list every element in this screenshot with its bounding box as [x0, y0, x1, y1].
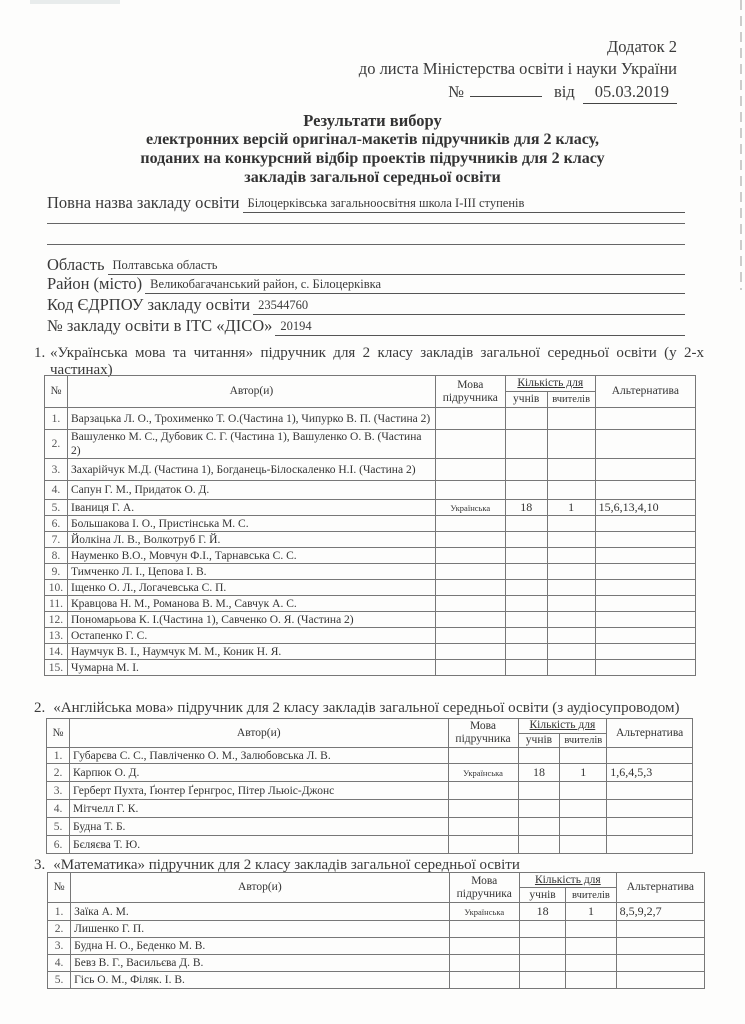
row-alternative [607, 836, 693, 854]
institution-name-value: Білоцерківська загальноосвітня школа І-І… [243, 196, 685, 213]
row-number: 12. [45, 612, 68, 628]
row-teachers [547, 660, 595, 676]
row-students [505, 430, 547, 459]
row-alternative [595, 430, 695, 459]
row-number: 3. [48, 938, 71, 955]
row-teachers [560, 818, 607, 836]
row-alternative [595, 596, 695, 612]
row-number: 3. [45, 459, 68, 481]
row-number: 3. [47, 782, 70, 800]
row-language: Українська [448, 764, 518, 782]
row-authors: Чумарна М. І. [67, 660, 435, 676]
header-authors: Автор(и) [67, 376, 435, 408]
row-students [505, 660, 547, 676]
table-row: 4.Сапун Г. М., Придаток О. Д. [45, 481, 696, 500]
row-language [449, 955, 519, 972]
header-quantity: Кількість для [518, 719, 607, 734]
row-students [518, 836, 560, 854]
row-students: 18 [519, 903, 565, 921]
row-number: 1. [48, 903, 71, 921]
row-language [449, 938, 519, 955]
header-alternative: Альтернатива [595, 376, 695, 408]
district-value: Великобагачанський район, с. Білоцерківк… [145, 277, 685, 294]
header-alternative: Альтернатива [616, 873, 704, 903]
row-authors: Науменко В.О., Мовчун Ф.І., Тарнавська С… [67, 548, 435, 564]
header-language: Мова підручника [448, 719, 518, 748]
row-number: 1. [47, 748, 70, 764]
row-number: 8. [45, 548, 68, 564]
section-number: 1. [34, 345, 45, 362]
row-students [505, 548, 547, 564]
row-teachers [566, 921, 616, 938]
row-alternative [595, 481, 695, 500]
row-language [435, 596, 505, 612]
row-teachers [547, 408, 595, 430]
row-students [505, 481, 547, 500]
row-number: 7. [45, 532, 68, 548]
row-language [448, 782, 518, 800]
row-students [518, 782, 560, 800]
row-teachers [566, 938, 616, 955]
row-students: 18 [518, 764, 560, 782]
diso-label: № закладу освіти в ІТС «ДІСО» [47, 316, 272, 336]
row-alternative [607, 800, 693, 818]
table-row: 6.Бєляєва Т. Ю. [47, 836, 693, 854]
row-number: 11. [45, 596, 68, 612]
row-language [448, 800, 518, 818]
row-alternative [616, 938, 704, 955]
row-alternative [595, 628, 695, 644]
row-teachers [547, 628, 595, 644]
table-row: 5.Будна Т. Б. [47, 818, 693, 836]
district-label: Район (місто) [47, 274, 142, 294]
row-alternative [595, 564, 695, 580]
row-teachers [566, 955, 616, 972]
table-row: 4.Бевз В. Г., Васильєва Д. В. [48, 955, 705, 972]
row-teachers [547, 644, 595, 660]
row-language [435, 430, 505, 459]
row-number: 6. [45, 516, 68, 532]
table-row: 3.Захарійчук М.Д. (Частина 1), Богданець… [45, 459, 696, 481]
table-row: 4.Мітчелл Г. К. [47, 800, 693, 818]
section-title-text: «Математика» підручник для 2 класу закла… [53, 857, 520, 873]
row-number: 4. [47, 800, 70, 818]
row-teachers [547, 459, 595, 481]
row-number: 9. [45, 564, 68, 580]
header-students: учнів [518, 733, 560, 748]
row-number: 6. [47, 836, 70, 854]
row-teachers [560, 836, 607, 854]
row-alternative: 8,5,9,2,7 [616, 903, 704, 921]
row-authors: Остапенко Г. С. [67, 628, 435, 644]
date-label: від [554, 82, 575, 101]
row-authors: Карпюк О. Д. [70, 764, 449, 782]
row-language [435, 532, 505, 548]
row-students: 18 [505, 500, 547, 516]
table-row: 10.Іщенко О. Л., Логачевська С. П. [45, 580, 696, 596]
row-teachers [560, 748, 607, 764]
row-language [448, 836, 518, 854]
row-number: 4. [48, 955, 71, 972]
row-alternative [607, 782, 693, 800]
row-students [505, 596, 547, 612]
section-1-table: №Автор(и)Мова підручникаКількість дляАль… [44, 375, 696, 676]
table-row: 7.Йолкіна Л. В., Волкотруб Г. Й. [45, 532, 696, 548]
region-value: Полтавська область [108, 258, 685, 275]
number-date-line: №від05.03.2019 [359, 80, 677, 104]
header-alternative: Альтернатива [607, 719, 693, 748]
row-language [435, 628, 505, 644]
title-line-4: закладів загальної середньої освіти [0, 168, 745, 187]
header-students: учнів [505, 392, 547, 408]
table-row: 9.Тимченко Л. І., Цепова І. В. [45, 564, 696, 580]
row-authors: Губарєва С. С., Павліченко О. М., Залюбо… [70, 748, 449, 764]
row-teachers [547, 548, 595, 564]
header-number: № [48, 873, 71, 903]
table-row: 1.Варзацька Л. О., Трохименко Т. О.(Част… [45, 408, 696, 430]
date-value: 05.03.2019 [583, 81, 677, 104]
row-alternative [595, 408, 695, 430]
section-1-title: 1.«Українська мова та читання» підручник… [34, 345, 704, 379]
row-language [435, 459, 505, 481]
row-authors: Бевз В. Г., Васильєва Д. В. [71, 955, 449, 972]
row-language: Українська [435, 500, 505, 516]
row-teachers [547, 481, 595, 500]
header-language: Мова підручника [449, 873, 519, 903]
row-alternative: 1,6,4,5,3 [607, 764, 693, 782]
row-authors: Тимченко Л. І., Цепова І. В. [67, 564, 435, 580]
table-row: 3.Будна Н. О., Беденко М. В. [48, 938, 705, 955]
row-students [518, 748, 560, 764]
region-label: Область [47, 255, 105, 275]
row-number: 14. [45, 644, 68, 660]
row-authors: Сапун Г. М., Придаток О. Д. [67, 481, 435, 500]
row-students [505, 564, 547, 580]
edrpou-label: Код ЄДРПОУ закладу освіти [47, 295, 250, 315]
table-row: 1.Губарєва С. С., Павліченко О. М., Залю… [47, 748, 693, 764]
row-language [449, 972, 519, 989]
row-students [505, 408, 547, 430]
row-teachers [547, 564, 595, 580]
scan-smudge [30, 0, 120, 4]
row-number: 2. [45, 430, 68, 459]
row-alternative [607, 818, 693, 836]
row-language [449, 921, 519, 938]
row-number: 4. [45, 481, 68, 500]
row-alternative [616, 921, 704, 938]
row-students [505, 532, 547, 548]
row-alternative [595, 660, 695, 676]
row-authors: Вашуленко М. С., Дубовик С. Г. (Частина … [67, 430, 435, 459]
row-authors: Пономарьова К. І.(Частина 1), Савченко О… [67, 612, 435, 628]
document-header: Додаток 2 до листа Міністерства освіти і… [359, 36, 677, 104]
section-number: 2. [34, 700, 45, 716]
table-row: 14.Наумчук В. І., Наумчук М. М., Коник Н… [45, 644, 696, 660]
row-language [435, 516, 505, 532]
section-2-title: 2.«Англійська мова» підручник для 2 клас… [34, 700, 724, 717]
header-number: № [47, 719, 70, 748]
row-authors: Наумчук В. І., Наумчук М. М., Коник Н. Я… [67, 644, 435, 660]
row-teachers [560, 782, 607, 800]
row-alternative [595, 644, 695, 660]
header-quantity: Кількість для [519, 873, 616, 888]
table-row: 8.Науменко В.О., Мовчун Ф.І., Тарнавська… [45, 548, 696, 564]
row-language [448, 818, 518, 836]
row-language [435, 564, 505, 580]
row-authors: Мітчелл Г. К. [70, 800, 449, 818]
edrpou-value: 23544760 [253, 298, 685, 315]
row-teachers [547, 596, 595, 612]
row-alternative [616, 972, 704, 989]
table-row: 15.Чумарна М. І. [45, 660, 696, 676]
row-authors: Большакова І. О., Пристінська М. С. [67, 516, 435, 532]
row-teachers: 1 [566, 903, 616, 921]
row-number: 13. [45, 628, 68, 644]
header-teachers: вчителів [547, 392, 595, 408]
appendix-label: Додаток 2 [359, 36, 677, 58]
row-alternative [595, 516, 695, 532]
row-students [505, 516, 547, 532]
row-alternative [616, 955, 704, 972]
row-language [435, 580, 505, 596]
row-students [505, 628, 547, 644]
row-language [448, 748, 518, 764]
document-title: Результати вибору електронних версій ори… [0, 111, 745, 187]
row-students [505, 580, 547, 596]
row-number: 5. [48, 972, 71, 989]
row-teachers [566, 972, 616, 989]
row-language [435, 408, 505, 430]
row-authors: Будна Н. О., Беденко М. В. [71, 938, 449, 955]
institution-name-field: Повна назва закладу освіти Білоцерківськ… [47, 193, 685, 213]
row-students [505, 644, 547, 660]
row-students [519, 921, 565, 938]
edrpou-field: Код ЄДРПОУ закладу освіти 23544760 [47, 295, 685, 315]
number-label: № [448, 82, 464, 101]
table-row: 3.Герберт Пухта, Ґюнтер Ґернгрос, Пітер … [47, 782, 693, 800]
row-teachers [547, 580, 595, 596]
row-language: Українська [449, 903, 519, 921]
section-2-table: №Автор(и)Мова підручникаКількість дляАль… [46, 718, 693, 854]
row-language [435, 481, 505, 500]
row-students [518, 800, 560, 818]
row-students [519, 938, 565, 955]
section-3-table: №Автор(и)Мова підручникаКількість дляАль… [47, 872, 705, 989]
diso-value: 20194 [275, 319, 685, 336]
header-authors: Автор(и) [71, 873, 449, 903]
letter-reference: до листа Міністерства освіти і науки Укр… [359, 58, 677, 80]
table-row: 1.Заїка А. М.Українська1818,5,9,2,7 [48, 903, 705, 921]
row-students [519, 972, 565, 989]
row-teachers [547, 612, 595, 628]
row-alternative [607, 748, 693, 764]
title-line-3: поданих на конкурсний відбір проектів пі… [0, 149, 745, 168]
row-authors: Іщенко О. Л., Логачевська С. П. [67, 580, 435, 596]
row-authors: Будна Т. Б. [70, 818, 449, 836]
number-blank [470, 80, 542, 97]
header-language-text: Мова підручника [453, 720, 513, 746]
row-language [435, 660, 505, 676]
row-authors: Захарійчук М.Д. (Частина 1), Богданець-Б… [67, 459, 435, 481]
row-authors: Кравцова Н. М., Романова В. М., Савчук А… [67, 596, 435, 612]
row-authors: Лишенко Г. П. [71, 921, 449, 938]
row-teachers [547, 532, 595, 548]
table-row: 2.Карпюк О. Д.Українська1811,6,4,5,3 [47, 764, 693, 782]
row-authors: Йолкіна Л. В., Волкотруб Г. Й. [67, 532, 435, 548]
row-teachers [547, 516, 595, 532]
row-teachers: 1 [547, 500, 595, 516]
header-number: № [45, 376, 68, 408]
section-number: 3. [34, 857, 45, 873]
header-authors: Автор(и) [70, 719, 449, 748]
table-row: 5.Іваниця Г. А.Українська18115,6,13,4,10 [45, 500, 696, 516]
row-alternative [595, 548, 695, 564]
header-language-text: Мова підручника [440, 379, 500, 405]
header-teachers: вчителів [560, 733, 607, 748]
section-title-text: «Українська мова та читання» підручник д… [50, 345, 704, 378]
row-alternative [595, 612, 695, 628]
row-number: 5. [47, 818, 70, 836]
table-row: 2.Вашуленко М. С., Дубовик С. Г. (Частин… [45, 430, 696, 459]
row-authors: Іваниця Г. А. [67, 500, 435, 516]
row-teachers [547, 430, 595, 459]
header-students: учнів [519, 888, 565, 903]
row-alternative [595, 459, 695, 481]
header-language-text: Мова підручника [454, 875, 514, 901]
row-number: 10. [45, 580, 68, 596]
row-students [505, 459, 547, 481]
row-authors: Заїка А. М. [71, 903, 449, 921]
table-row: 11.Кравцова Н. М., Романова В. М., Савчу… [45, 596, 696, 612]
row-number: 2. [47, 764, 70, 782]
diso-field: № закладу освіти в ІТС «ДІСО» 20194 [47, 316, 685, 336]
row-language [435, 612, 505, 628]
row-number: 15. [45, 660, 68, 676]
row-authors: Гісь О. М., Філяк. І. В. [71, 972, 449, 989]
region-field: Область Полтавська область [47, 255, 685, 275]
header-teachers: вчителів [566, 888, 616, 903]
row-number: 5. [45, 500, 68, 516]
table-row: 5.Гісь О. М., Філяк. І. В. [48, 972, 705, 989]
row-authors: Варзацька Л. О., Трохименко Т. О.(Частин… [67, 408, 435, 430]
row-teachers: 1 [560, 764, 607, 782]
table-row: 6.Большакова І. О., Пристінська М. С. [45, 516, 696, 532]
row-students [519, 955, 565, 972]
section-title-text: «Англійська мова» підручник для 2 класу … [53, 700, 679, 716]
institution-name-label: Повна назва закладу освіти [47, 193, 240, 213]
row-language [435, 548, 505, 564]
row-number: 1. [45, 408, 68, 430]
row-teachers [560, 800, 607, 818]
blank-line [47, 223, 685, 224]
row-authors: Бєляєва Т. Ю. [70, 836, 449, 854]
blank-line [47, 244, 685, 245]
row-students [505, 612, 547, 628]
header-language: Мова підручника [435, 376, 505, 408]
table-row: 13.Остапенко Г. С. [45, 628, 696, 644]
row-authors: Герберт Пухта, Ґюнтер Ґернгрос, Пітер Ль… [70, 782, 449, 800]
title-line-2: електронних версій оригінал-макетів підр… [0, 130, 745, 149]
row-number: 2. [48, 921, 71, 938]
district-field: Район (місто) Великобагачанський район, … [47, 274, 685, 294]
title-line-1: Результати вибору [0, 111, 745, 130]
table-row: 2.Лишенко Г. П. [48, 921, 705, 938]
row-students [518, 818, 560, 836]
row-language [435, 644, 505, 660]
row-alternative [595, 580, 695, 596]
table-row: 12.Пономарьова К. І.(Частина 1), Савченк… [45, 612, 696, 628]
header-quantity: Кількість для [505, 376, 595, 392]
row-alternative [595, 532, 695, 548]
row-alternative: 15,6,13,4,10 [595, 500, 695, 516]
